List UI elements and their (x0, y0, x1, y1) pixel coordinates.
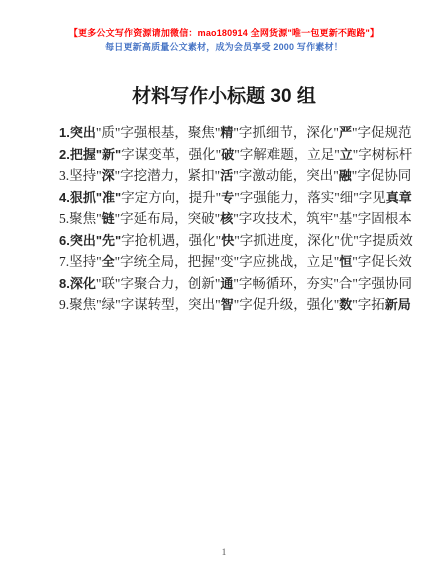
header-promo-line2: 每日更新高质量公文素材，成为会员享受 2000 写作素材！ (32, 40, 416, 54)
list-item: 8.深化"联"字聚合力，创新"通"字畅循环，夯实"合"字强协同 (32, 273, 416, 295)
item-text: "字促协同 (352, 168, 412, 183)
item-text-bold: 严 (339, 125, 352, 140)
document-page: 【更多公文写作资源请加微信：mao180914 全网货源"唯一包更新不跑路"】 … (0, 0, 448, 580)
item-text-bold: 深 (102, 168, 115, 183)
item-list: 1.突出"质"字强根基，聚焦"精"字抓细节，深化"严"字促规范2.把握"新"字谋… (32, 122, 416, 316)
list-item: 2.把握"新"字谋变革，强化"破"字解难题，立足"立"字树标杆 (32, 144, 416, 166)
item-text: "字促规范 (352, 125, 412, 140)
header-promo-line1: 【更多公文写作资源请加微信：mao180914 全网货源"唯一包更新不跑路"】 (32, 26, 416, 40)
item-text: "字挖潜力，紧扣" (115, 168, 221, 183)
list-item: 1.突出"质"字强根基，聚焦"精"字抓细节，深化"严"字促规范 (32, 122, 416, 144)
item-text: "字攻技术，筑牢"基"字固根本 (233, 211, 412, 226)
item-text: "字拓 (352, 297, 385, 312)
item-text: 9.聚焦"绿"字谋转型，突出" (59, 297, 221, 312)
item-text-bold: 真章 (386, 190, 412, 205)
item-text-bold: 快 (221, 233, 234, 248)
item-text-bold: 破 (221, 147, 234, 162)
item-text-bold: 数 (339, 297, 352, 312)
item-text: "质"字强根基，聚焦" (96, 125, 221, 140)
item-text-bold: 通 (220, 276, 233, 291)
item-text: 字定方向，提升" (121, 190, 221, 205)
item-text: "字促长效 (352, 254, 412, 269)
item-text-bold: 智 (221, 297, 234, 312)
item-text: "字促升级，强化" (234, 297, 340, 312)
item-text-bold: 恒 (339, 254, 352, 269)
item-text-bold: 核 (220, 211, 233, 226)
item-text-bold: 专 (221, 190, 234, 205)
item-text-bold: 4.狠抓"准" (59, 190, 121, 205)
item-text: "字树标杆 (353, 147, 413, 162)
item-text: "字畅循环，夯实"合"字强协同 (233, 276, 412, 291)
item-text: 5.聚焦" (59, 211, 102, 226)
item-text: "字激动能，突出" (233, 168, 339, 183)
item-text-bold: 链 (102, 211, 115, 226)
item-text: "字统全局，把握"变"字应挑战，立足" (115, 254, 340, 269)
list-item: 4.狠抓"准"字定方向，提升"专"字强能力，落实"细"字见真章 (32, 187, 416, 209)
item-text: 字抢机遇，强化" (121, 233, 221, 248)
item-text-bold: 新局 (385, 297, 411, 312)
item-text: "字强能力，落实"细"字见 (234, 190, 386, 205)
item-text-bold: 全 (102, 254, 115, 269)
item-text-bold: 立 (340, 147, 353, 162)
item-text: "字解难题，立足" (234, 147, 340, 162)
item-text: "联"字聚合力，创新" (96, 276, 221, 291)
list-item: 7.坚持"全"字统全局，把握"变"字应挑战，立足"恒"字促长效 (32, 251, 416, 273)
item-text: 字谋变革，强化" (121, 147, 221, 162)
item-text: "字抓细节，深化" (233, 125, 339, 140)
list-item: 6.突出"先"字抢机遇，强化"快"字抓进度，深化"优"字提质效 (32, 230, 416, 252)
item-text-bold: 融 (339, 168, 352, 183)
page-number: 1 (0, 548, 448, 558)
item-text: 7.坚持" (59, 254, 102, 269)
list-item: 9.聚焦"绿"字谋转型，突出"智"字促升级，强化"数"字拓新局 (32, 294, 416, 316)
list-item: 5.聚焦"链"字延布局，突破"核"字攻技术，筑牢"基"字固根本 (32, 208, 416, 230)
item-text-bold: 8.深化 (59, 276, 96, 291)
item-text-bold: 1.突出 (59, 125, 96, 140)
item-text-bold: 活 (220, 168, 233, 183)
item-text: "字延布局，突破" (115, 211, 221, 226)
page-title: 材料写作小标题 30 组 (32, 84, 416, 110)
item-text-bold: 2.把握"新" (59, 147, 121, 162)
document-header: 【更多公文写作资源请加微信：mao180914 全网货源"唯一包更新不跑路"】 … (32, 26, 416, 54)
item-text-bold: 6.突出"先" (59, 233, 121, 248)
list-item: 3.坚持"深"字挖潜力，紧扣"活"字激动能，突出"融"字促协同 (32, 165, 416, 187)
item-text-bold: 精 (220, 125, 233, 140)
item-text: 3.坚持" (59, 168, 102, 183)
item-text: "字抓进度，深化"优"字提质效 (234, 233, 413, 248)
